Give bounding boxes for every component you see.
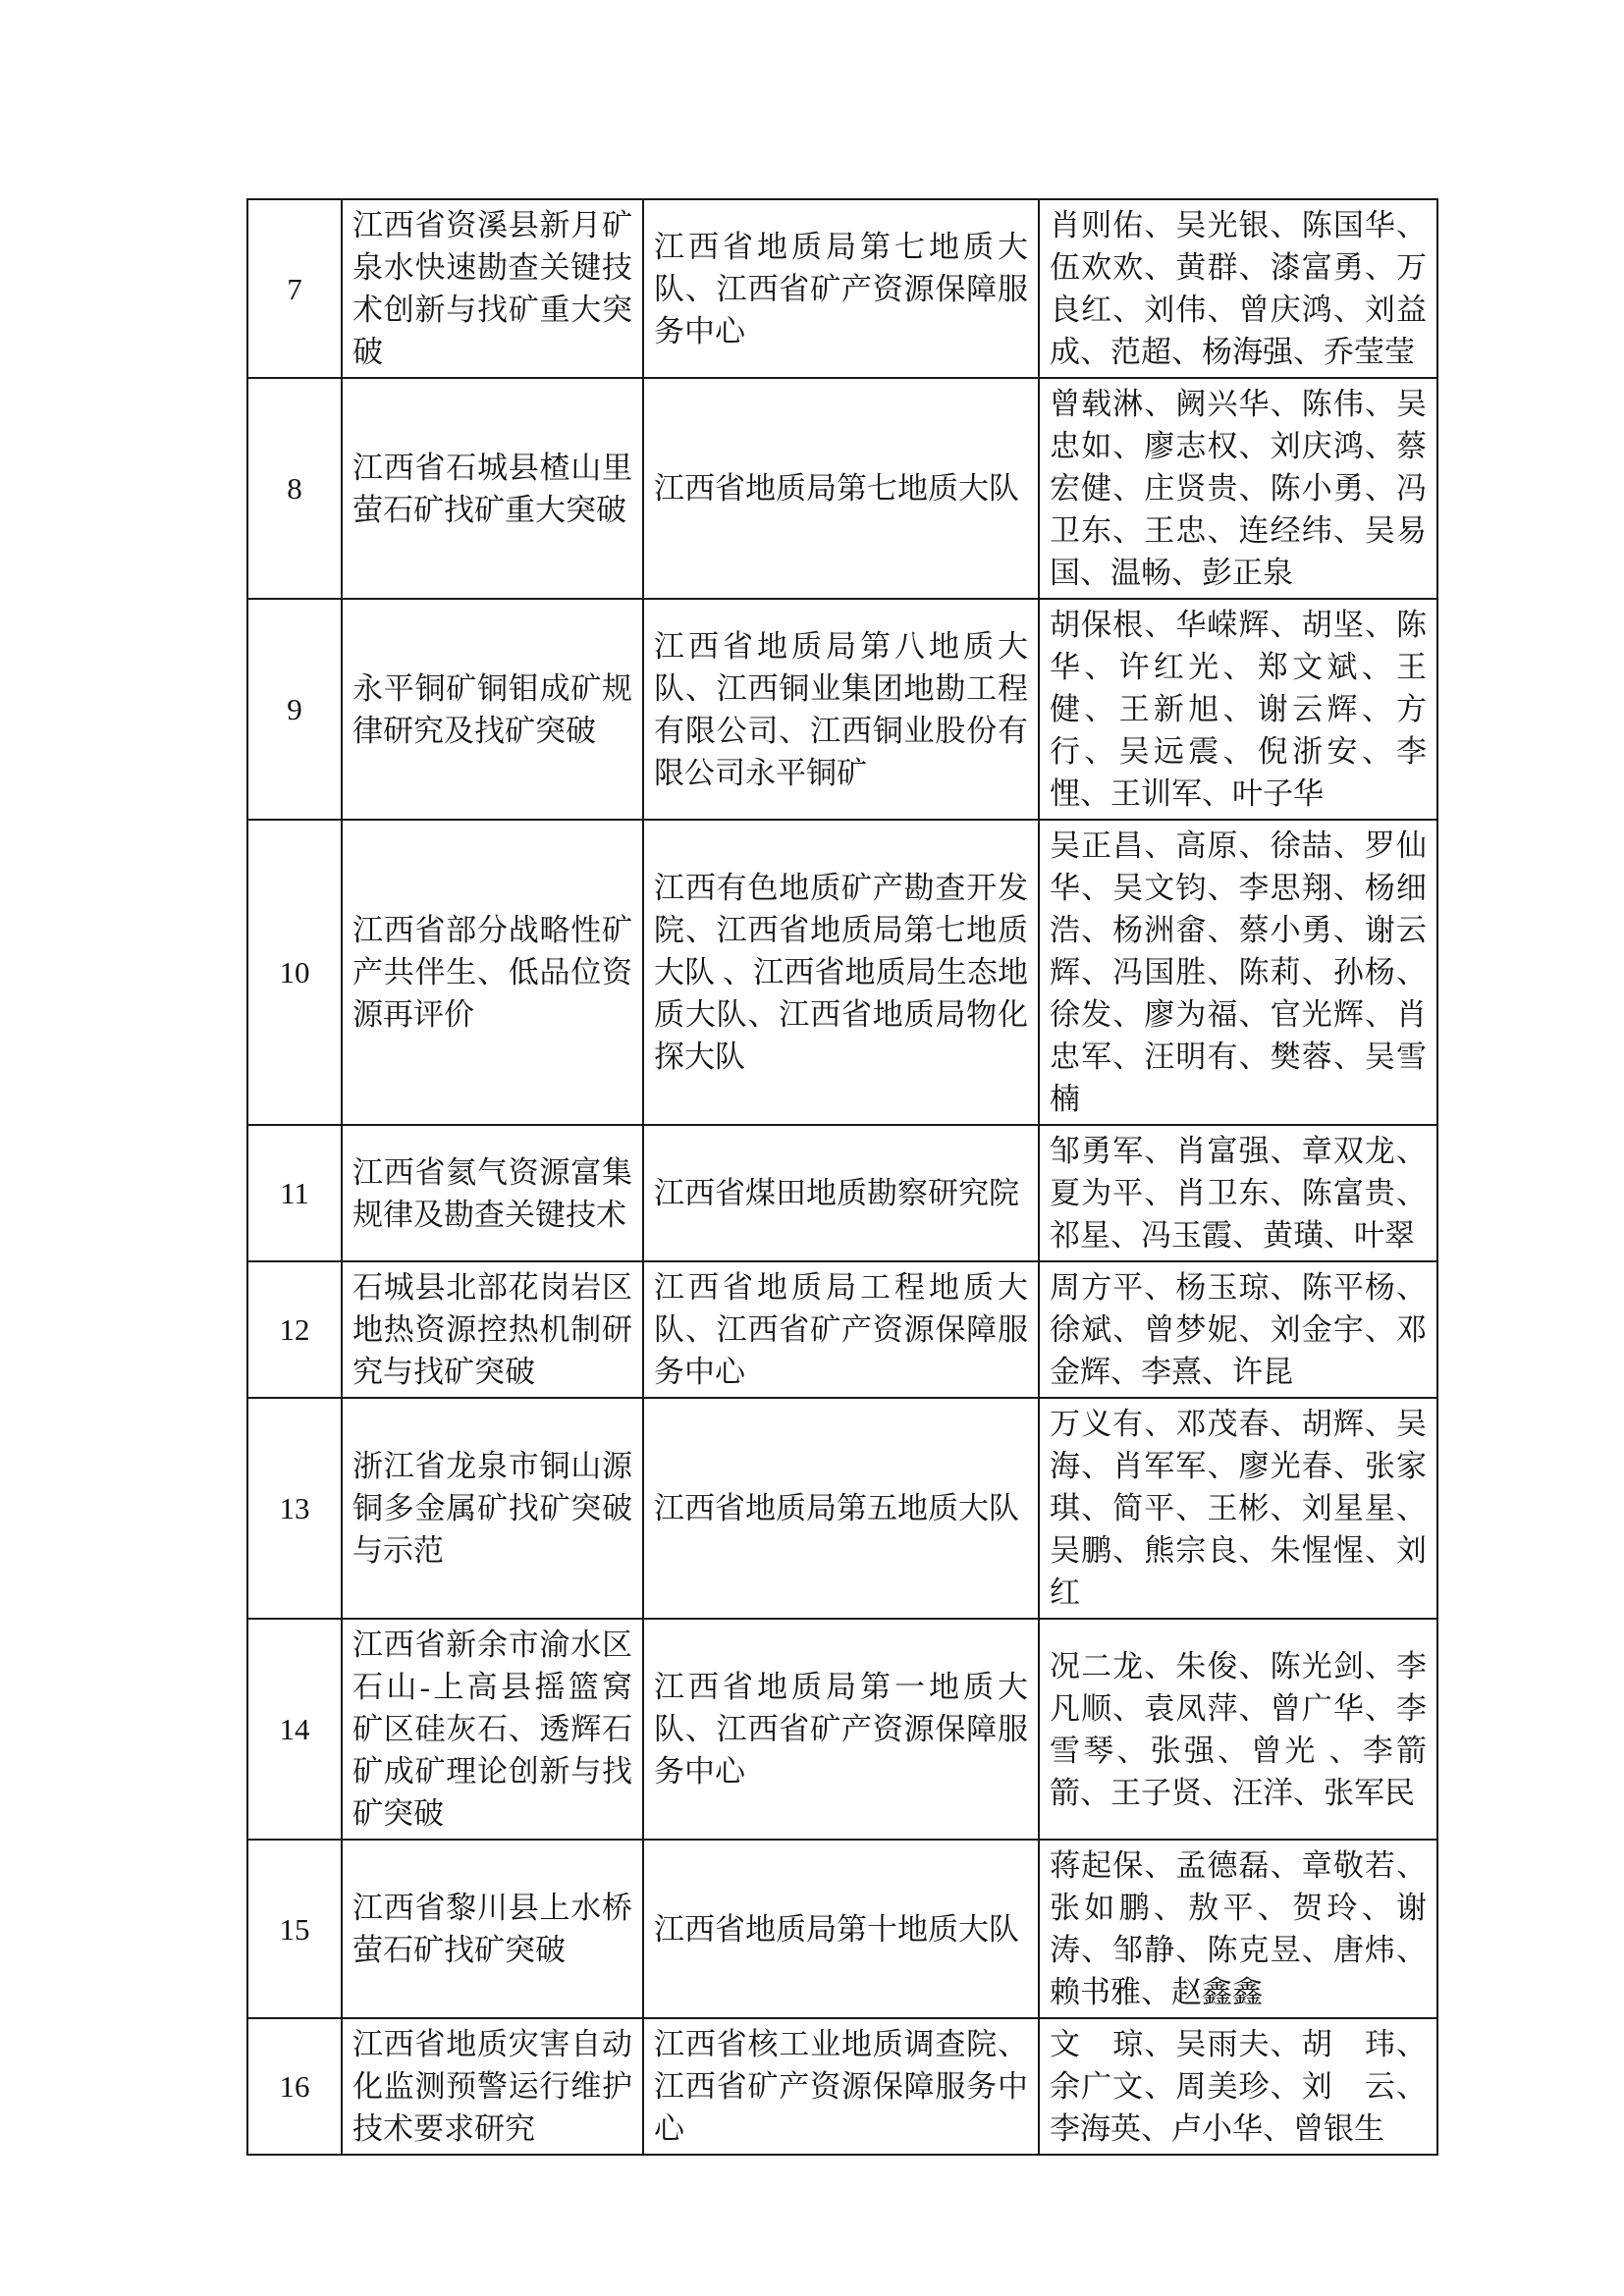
team-members-cell: 万义有、邓茂春、胡辉、吴海、肖军军、廖光春、张家琪、简平、王彬、刘星星、吴鹏、熊… [1039,1398,1437,1619]
table-row: 15 江西省黎川县上水桥萤石矿找矿突破 江西省地质局第十地质大队 蒋起保、孟德磊… [247,1840,1437,2018]
organization-cell: 江西省核工业地质调查院、江西省矿产资源保障服务中心 [643,2018,1039,2155]
document-page: 7 江西省资溪县新月矿泉水快速勘查关键技术创新与找矿重大突破 江西省地质局第七地… [0,0,1624,2296]
team-members-cell: 曾载淋、阙兴华、陈伟、吴忠如、廖志权、刘庆鸿、蔡宏健、庄贤贵、陈小勇、冯卫东、王… [1039,378,1437,599]
organization-cell: 江西省地质局第八地质大队、江西铜业集团地勘工程有限公司、江西铜业股份有限公司永平… [643,599,1039,820]
organization-cell: 江西省地质局工程地质大队、江西省矿产资源保障服务中心 [643,1261,1039,1398]
table-row: 9 永平铜矿铜钼成矿规律研究及找矿突破 江西省地质局第八地质大队、江西铜业集团地… [247,599,1437,820]
row-number-cell: 11 [247,1125,342,1261]
organization-cell: 江西省煤田地质勘察研究院 [643,1125,1039,1261]
organization-cell: 江西有色地质矿产勘查开发院、江西省地质局第七地质大队 、江西省地质局生态地质大队… [643,820,1039,1125]
project-title-cell: 石城县北部花岗岩区地热资源控热机制研究与找矿突破 [342,1261,643,1398]
table-row: 7 江西省资溪县新月矿泉水快速勘查关键技术创新与找矿重大突破 江西省地质局第七地… [247,199,1437,378]
row-number-cell: 8 [247,378,342,599]
team-members-cell: 蒋起保、孟德磊、章敬若、张如鹏、敖平、贺玲、谢涛、邹静、陈克昱、唐炜、赖书雅、赵… [1039,1840,1437,2018]
row-number-cell: 7 [247,199,342,378]
project-title-cell: 江西省新余市渝水区石山-上高县摇篮窝矿区硅灰石、透辉石矿成矿理论创新与找矿突破 [342,1619,643,1840]
project-title-cell: 江西省氦气资源富集规律及勘查关键技术 [342,1125,643,1261]
project-title-cell: 江西省资溪县新月矿泉水快速勘查关键技术创新与找矿重大突破 [342,199,643,378]
row-number-cell: 13 [247,1398,342,1619]
table-row: 8 江西省石城县楂山里萤石矿找矿重大突破 江西省地质局第七地质大队 曾载淋、阙兴… [247,378,1437,599]
team-members-cell: 邹勇军、肖富强、章双龙、夏为平、肖卫东、陈富贵、祁星、冯玉霞、黄璜、叶翠 [1039,1125,1437,1261]
row-number-cell: 16 [247,2018,342,2155]
row-number-cell: 10 [247,820,342,1125]
project-title-cell: 江西省黎川县上水桥萤石矿找矿突破 [342,1840,643,2018]
project-title-cell: 江西省部分战略性矿产共伴生、低品位资源再评价 [342,820,643,1125]
project-title-cell: 江西省地质灾害自动化监测预警运行维护技术要求研究 [342,2018,643,2155]
team-members-cell: 文 琼、吴雨夫、胡 玮、余广文、周美珍、刘 云、李海英、卢小华、曾银生 [1039,2018,1437,2155]
team-members-cell: 周方平、杨玉琼、陈平杨、徐斌、曾梦妮、刘金宇、邓金辉、李熹、许昆 [1039,1261,1437,1398]
project-title-cell: 江西省石城县楂山里萤石矿找矿重大突破 [342,378,643,599]
table-row: 11 江西省氦气资源富集规律及勘查关键技术 江西省煤田地质勘察研究院 邹勇军、肖… [247,1125,1437,1261]
organization-cell: 江西省地质局第七地质大队 [643,378,1039,599]
organization-cell: 江西省地质局第一地质大队、江西省矿产资源保障服务中心 [643,1619,1039,1840]
organization-cell: 江西省地质局第七地质大队、江西省矿产资源保障服务中心 [643,199,1039,378]
table-row: 13 浙江省龙泉市铜山源铜多金属矿找矿突破与示范 江西省地质局第五地质大队 万义… [247,1398,1437,1619]
team-members-cell: 胡保根、华嵘辉、胡坚、陈华、许红光、郑文斌、王健、王新旭、谢云辉、方行、吴远震、… [1039,599,1437,820]
table-row: 14 江西省新余市渝水区石山-上高县摇篮窝矿区硅灰石、透辉石矿成矿理论创新与找矿… [247,1619,1437,1840]
project-title-cell: 浙江省龙泉市铜山源铜多金属矿找矿突破与示范 [342,1398,643,1619]
project-title-cell: 永平铜矿铜钼成矿规律研究及找矿突破 [342,599,643,820]
row-number-cell: 15 [247,1840,342,2018]
table-row: 16 江西省地质灾害自动化监测预警运行维护技术要求研究 江西省核工业地质调查院、… [247,2018,1437,2155]
team-members-cell: 况二龙、朱俊、陈光剑、李凡顺、袁凤萍、曾广华、李雪琴、张强、曾光 、李箭箭、王子… [1039,1619,1437,1840]
table-row: 10 江西省部分战略性矿产共伴生、低品位资源再评价 江西有色地质矿产勘查开发院、… [247,820,1437,1125]
team-members-cell: 吴正昌、高原、徐喆、罗仙华、吴文钧、李思翔、杨细浩、杨洲畲、蔡小勇、谢云辉、冯国… [1039,820,1437,1125]
awards-table: 7 江西省资溪县新月矿泉水快速勘查关键技术创新与找矿重大突破 江西省地质局第七地… [246,198,1438,2156]
organization-cell: 江西省地质局第五地质大队 [643,1398,1039,1619]
row-number-cell: 9 [247,599,342,820]
row-number-cell: 12 [247,1261,342,1398]
row-number-cell: 14 [247,1619,342,1840]
team-members-cell: 肖则佑、吴光银、陈国华、伍欢欢、黄群、漆富勇、万良红、刘伟、曾庆鸿、刘益成、范超… [1039,199,1437,378]
table-row: 12 石城县北部花岗岩区地热资源控热机制研究与找矿突破 江西省地质局工程地质大队… [247,1261,1437,1398]
organization-cell: 江西省地质局第十地质大队 [643,1840,1039,2018]
